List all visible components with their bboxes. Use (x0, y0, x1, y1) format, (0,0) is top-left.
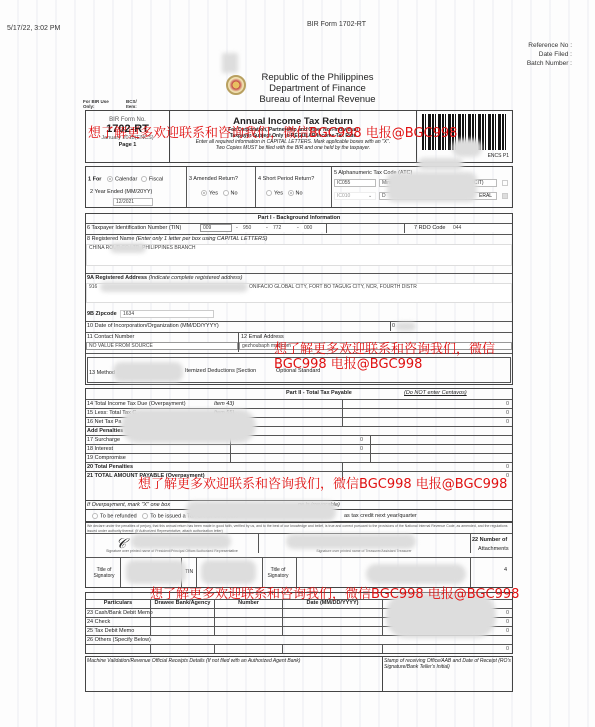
atc2-checkbox[interactable] (502, 193, 508, 199)
overpayment-block: If Overpayment, mark "X" one box ne is i… (85, 500, 513, 522)
atc1-code[interactable]: IC055 (334, 179, 376, 187)
year-ended-input[interactable]: 12/2021 (113, 198, 153, 206)
penalty-line: 18 Interest 0 (86, 444, 512, 453)
redacted-lines (121, 409, 256, 443)
payment-row-label: 24 Check (87, 619, 110, 626)
address-label: 9A Registered Address (87, 275, 147, 281)
tax-line: 14 Total Income Tax Due (Overpayment) It… (86, 399, 512, 408)
print-timestamp: 5/17/22, 3:02 PM (7, 25, 60, 32)
payment-row-amount: 0 (506, 628, 509, 634)
payment-row: 0 (86, 644, 512, 653)
footer-validation: Machine Validation/Revenue Official Rece… (85, 656, 513, 692)
method-option-itemized[interactable]: Itemized Deductions [Section (185, 368, 256, 375)
address-hint: (Indicate complete registered address) (149, 275, 243, 281)
registered-name-input[interactable]: CHINA ROUP CO LTD. PHILIPPINES BRANCH (86, 244, 512, 266)
redacted-atc (387, 172, 477, 202)
reference-no-label: Reference No : (490, 41, 572, 50)
redacted-top (418, 158, 463, 170)
zipcode-input[interactable]: 1634 (120, 310, 214, 318)
watermark-1: 想了解更多欢迎联系和咨询我们，微信BGC998 电报@BGC998 (88, 126, 457, 141)
short-no-radio[interactable] (288, 190, 294, 196)
address-start: 916 (89, 284, 97, 290)
attachments-label-2: Attachments (478, 546, 509, 553)
tax-line-value: 0 (506, 410, 509, 416)
penalty-label: 19 Compromise (87, 455, 126, 462)
refund-radio[interactable] (92, 513, 98, 519)
short-yes-label: Yes (274, 190, 283, 196)
item4-label: 4 Short Period Return? (258, 176, 314, 183)
redacted-tin (201, 560, 256, 584)
scanned-page: 5/17/22, 3:02 PM BIR Form 1702-RT Refere… (0, 0, 595, 727)
tin-row: 6 Taxpayer Identification Number (TIN) 0… (86, 223, 512, 233)
redacted-signature (131, 534, 231, 549)
tin-part-4[interactable]: 000 (301, 224, 327, 232)
part3-header-cell: Particulars (86, 600, 150, 608)
items-1-5: 1 For Calendar Fiscal 2 Year Ended (MM/2… (85, 166, 513, 208)
agency-line1: Republic of the Philippines (250, 72, 385, 83)
form-code-header: BIR Form 1702-RT (307, 21, 366, 28)
redacted-barcode (452, 139, 482, 157)
total-penalties-value: 0 (506, 464, 509, 470)
redacted-name (110, 243, 146, 253)
title-signatory-label-1: Title of Signatory (90, 567, 118, 579)
for-bir-use-label: For BIR Use Only: (83, 99, 111, 109)
amended-no-label: No (231, 190, 238, 196)
page-number: Page 1 (86, 142, 169, 149)
redacted-date (396, 322, 416, 331)
item1-label: 1 For (88, 176, 101, 182)
amended-yes-label: Yes (209, 190, 218, 196)
declaration-text: We declare under the penalties of perjur… (87, 524, 511, 533)
overpayment-label: If Overpayment, mark "X" one box (87, 502, 170, 509)
form-instruction-2: Two Copies MUST be filed with the BIR an… (171, 145, 415, 151)
chevron-down-icon: ⌄ (368, 193, 372, 199)
watermark-2: 想了解更多欢迎联系和咨询我们，微信 (274, 342, 495, 357)
contact-label: 11 Contact Number (87, 334, 134, 341)
redacted-address (100, 282, 248, 292)
payment-row-label: 25 Tax Debit Memo (87, 628, 134, 635)
part2-title: Part II - Total Tax Payable (286, 390, 352, 397)
rdo-input[interactable]: 044 (450, 224, 510, 232)
penalty-label: 17 Surcharge (87, 437, 120, 444)
short-no-label: No (296, 190, 303, 196)
tcc-radio[interactable] (142, 513, 148, 519)
name-label: 8 Registered Name (87, 236, 134, 242)
atc1-checkbox[interactable] (502, 180, 508, 186)
watermark-4: 想了解更多欢迎联系和咨询我们，微信BGC998 电报@BGC998 (138, 477, 507, 492)
redacted-overpayment (186, 501, 336, 521)
name-hint: (Enter only 1 letter per box using CAPIT… (136, 236, 268, 242)
tax-line-label: 16 Net Tax Pa (87, 419, 121, 426)
item-1-2: 1 For Calendar Fiscal 2 Year Ended (MM/2… (86, 167, 156, 207)
short-yes-radio[interactable] (266, 190, 272, 196)
amended-yes-radio[interactable] (201, 190, 207, 196)
atc2-suffix: ERAL (479, 193, 492, 199)
sig1-caption: Signature over printed name of President… (88, 549, 256, 553)
payment-row-amount: 0 (506, 619, 509, 625)
email-label: 12 Email Address (241, 334, 284, 341)
fiscal-radio[interactable] (141, 176, 147, 182)
penalty-value: 0 (360, 446, 363, 453)
payment-row-label: 26 Others (Specify Below) (87, 637, 151, 644)
batch-number-label: Batch Number : (490, 59, 572, 68)
title-signatory-label-2: Title of Signatory (264, 567, 292, 579)
total-penalties-label: 20 Total Penalties (87, 464, 133, 471)
tax-line-value: 0 (506, 401, 509, 407)
zip-label: 9B Zipcode (87, 311, 117, 317)
refund-label: To be refunded (100, 513, 137, 519)
part2-note: (Do NOT enter Centavos) (404, 390, 467, 397)
redacted-title-2 (366, 564, 466, 584)
calendar-label: Calendar (115, 176, 137, 182)
payment-row-amount: 0 (506, 646, 509, 652)
barcode-caption: ENCS P1 (488, 153, 509, 159)
declaration-block: We declare under the penalties of perjur… (85, 522, 513, 588)
redacted-treasurer (286, 534, 416, 549)
payment-row-label: 23 Cash/Bank Debit Memo (87, 610, 153, 617)
tin-part-3[interactable]: 772 (270, 224, 296, 232)
attachments-label-1: 22 Number of (472, 537, 507, 543)
bcs-item-label: BCS/ Item: (126, 99, 146, 109)
attachments-value: 4 (504, 567, 507, 574)
amended-no-radio[interactable] (223, 190, 229, 196)
rdo-label: 7 RDO Code (414, 225, 446, 232)
address-end: ONIFACIO GLOBAL CITY, FORT BO TAGUIG CIT… (249, 284, 417, 291)
method-label: 13 Method (89, 370, 115, 377)
fiscal-label: Fiscal (149, 176, 163, 182)
penalties-title: Add Penalties (87, 428, 123, 435)
redacted-mark (222, 53, 238, 73)
agency-line2: Department of Finance (250, 83, 385, 94)
contact-input[interactable]: NO VALUE FROM SOURCE (86, 342, 238, 350)
penalty-value: 0 (360, 437, 363, 444)
machine-validation-label: Machine Validation/Revenue Official Rece… (87, 658, 205, 664)
watermark-5: 想了解更多欢迎联系和咨询我们，微信BGC998 电报@BGC998 (150, 587, 519, 602)
stamp-label: Stamp of receiving Office/AAB and Date o… (384, 658, 512, 670)
agency-block: Republic of the Philippines Department o… (250, 72, 385, 105)
tin-part-1[interactable]: 009 (200, 224, 232, 232)
tax-line-label: 14 Total Income Tax Due (Overpayment) (87, 401, 186, 408)
part1-title: Part I - Background Information (86, 215, 512, 222)
redacted-title (126, 560, 186, 584)
penalty-line: 19 Compromise (86, 453, 512, 462)
tin-signatory-label: TIN (185, 569, 193, 575)
calendar-radio[interactable] (107, 176, 113, 182)
item-5: 5 Alphanumeric Tax Code (ATC) IC055 Mini… (331, 167, 512, 207)
credit-label: as tax credit next year/quarter (344, 513, 417, 520)
tin-label: 6 Taxpayer Identification Number (TIN) (87, 225, 181, 232)
date-filed-label: Date Filed : (490, 50, 572, 59)
item-3: 3 Amended Return? Yes No (186, 167, 256, 207)
incorporation-value: 0 (392, 323, 395, 330)
item3-label: 3 Amended Return? (189, 176, 238, 183)
tin-part-2[interactable]: 950 (240, 224, 266, 232)
sig2-caption: Signature over printed name of Treasurer… (260, 549, 468, 553)
redacted-method (113, 362, 183, 382)
penalty-label: 18 Interest (87, 446, 113, 453)
payment-row-amount: 0 (506, 610, 509, 616)
item-4: 4 Short Period Return? Yes No (255, 167, 331, 207)
reference-block: Reference No : Date Filed : Batch Number… (490, 41, 572, 68)
tax-line-ref: Item 43) (214, 401, 234, 408)
bir-seal-icon (226, 75, 246, 95)
incorporation-label: 10 Date of Incorporation/Organization (M… (87, 323, 219, 330)
agency-line3: Bureau of Internal Revenue (250, 94, 385, 105)
machine-validation-note: (If not filed with an Authorized Agent B… (206, 658, 300, 664)
item2-label: 2 Year Ended (MM/20YY) (90, 189, 152, 196)
tax-line-value: 0 (506, 419, 509, 425)
watermark-3: BGC998 电报@BGC998 (274, 357, 422, 372)
